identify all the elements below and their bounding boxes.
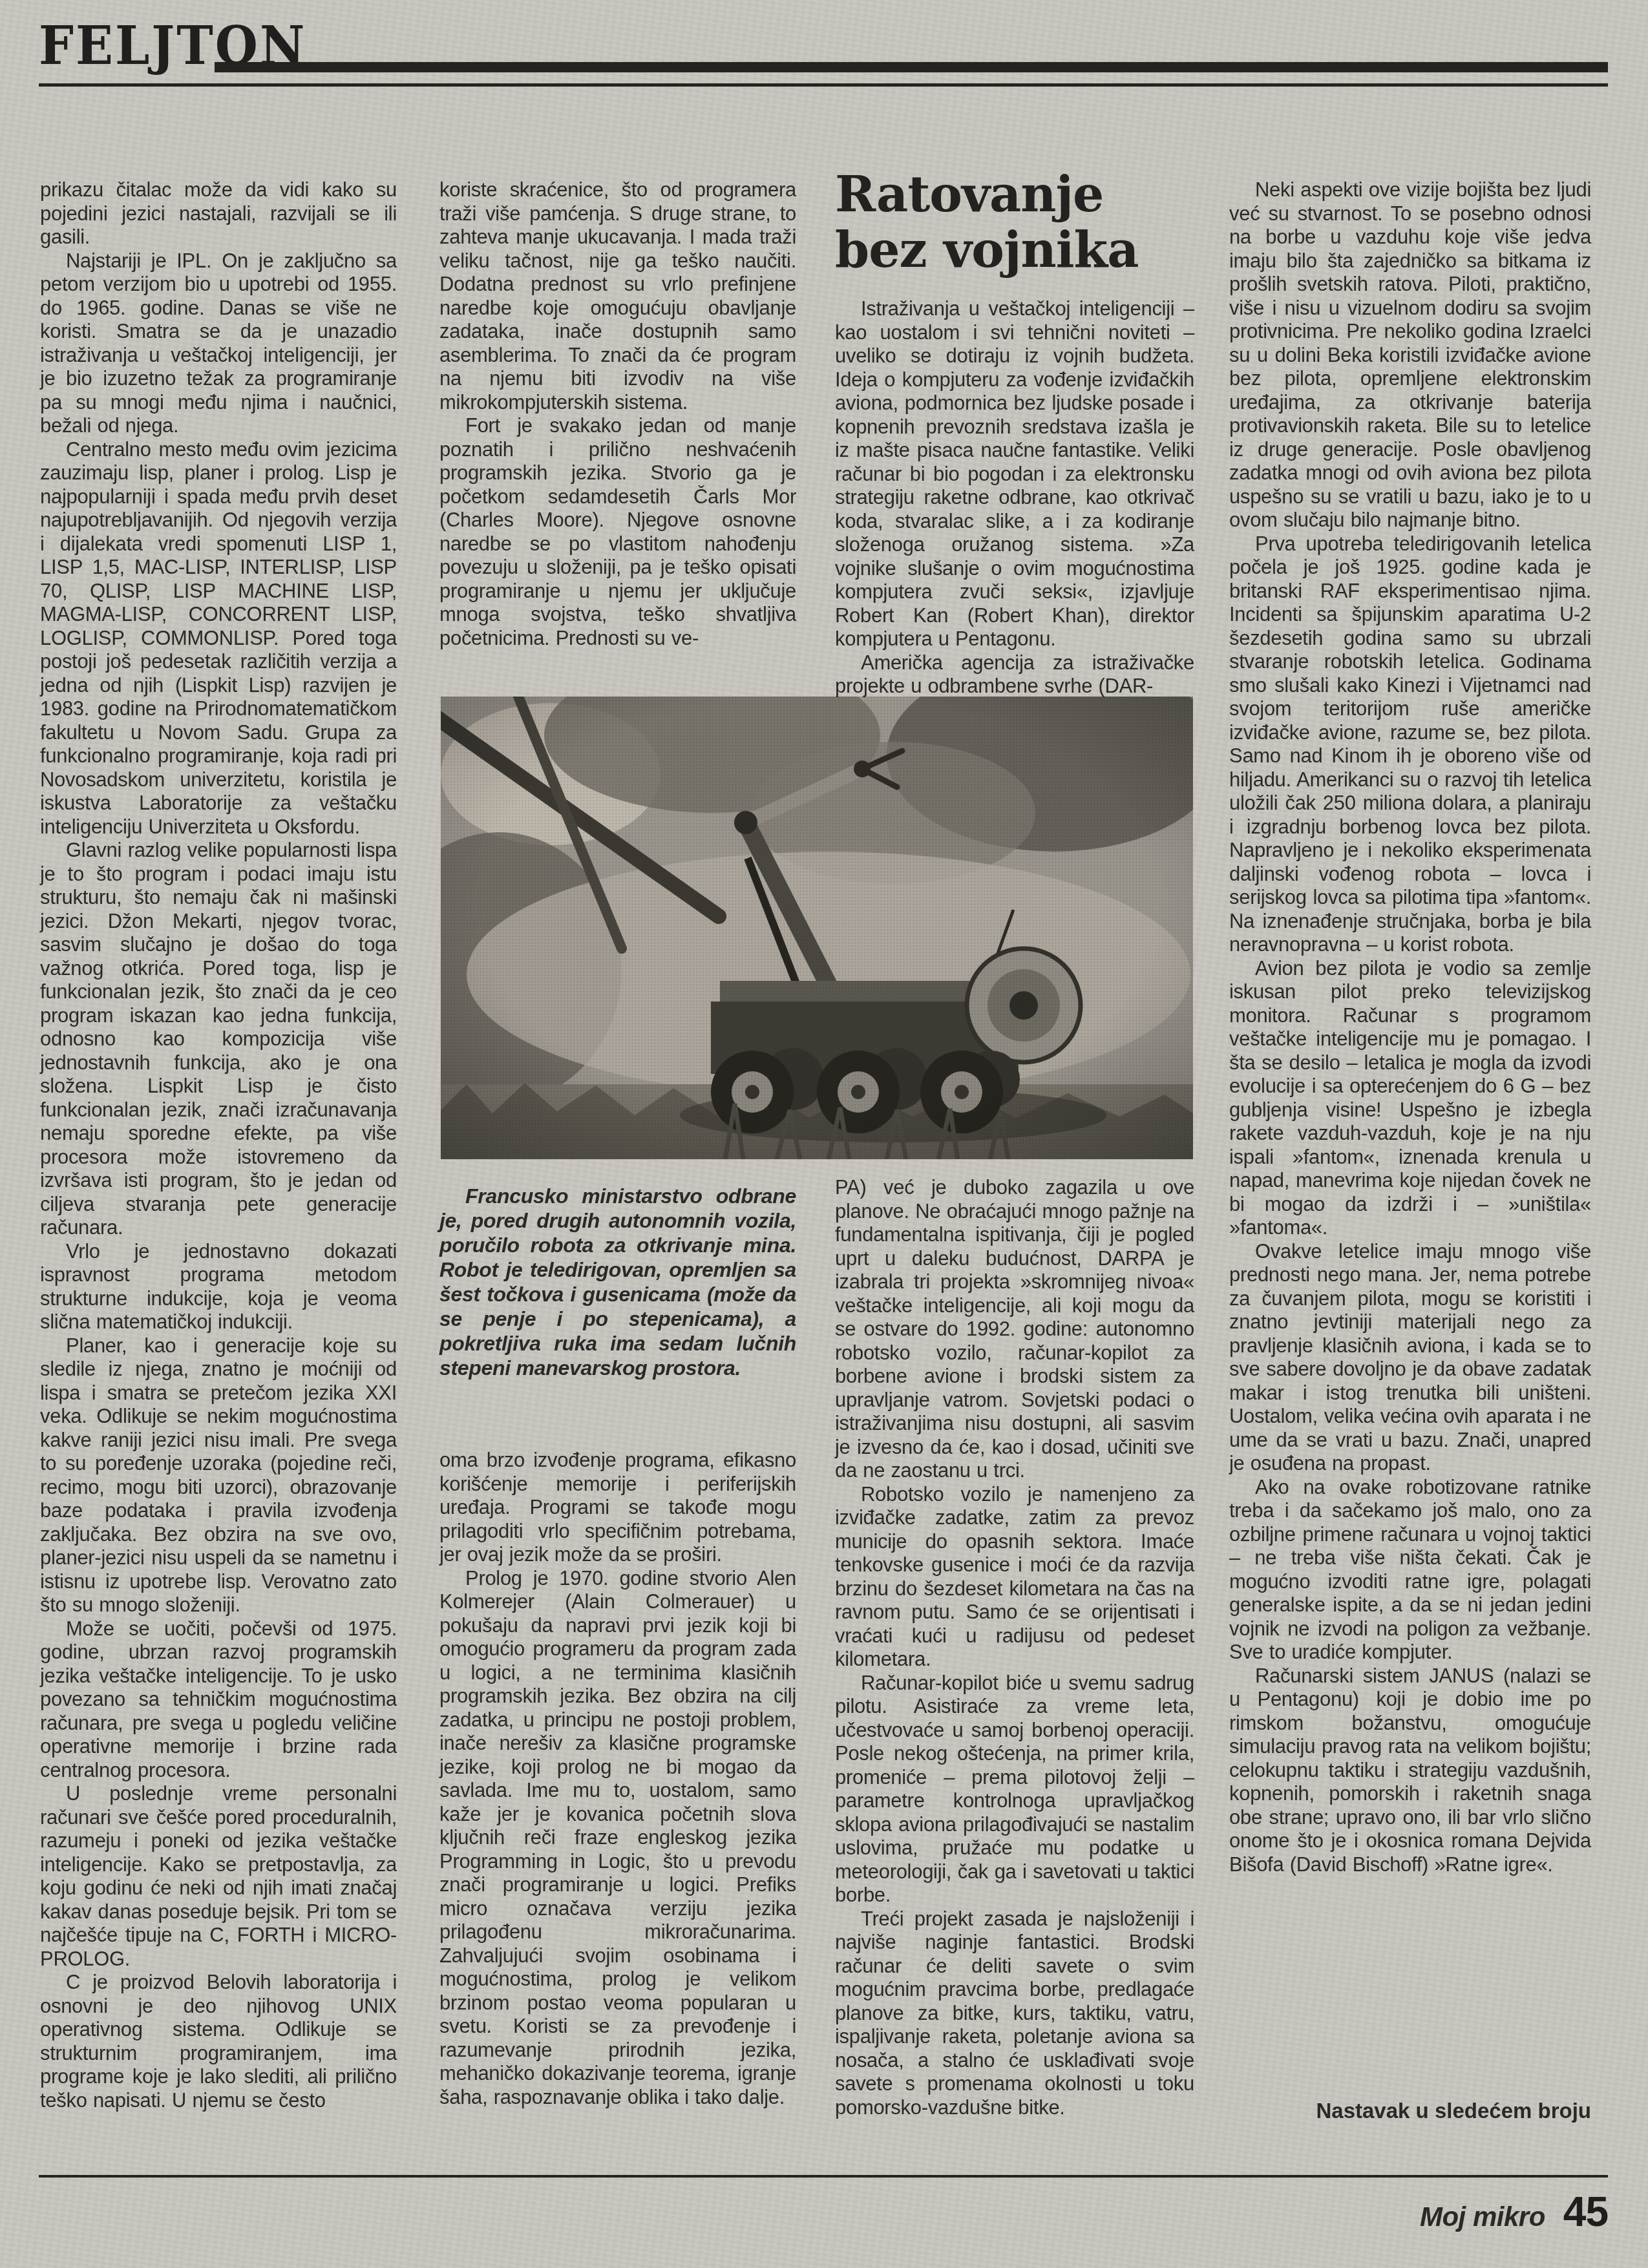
article-title-line2: bez vojnika bbox=[835, 220, 1139, 279]
page-number: 45 bbox=[1563, 2188, 1608, 2236]
article-title-line1: Ratovanje bbox=[835, 165, 1103, 224]
paragraph: Ako na ovake robotizovane ratnike treba … bbox=[1229, 1476, 1591, 1664]
paragraph: Prva upotreba teledirigovanih letelica p… bbox=[1229, 532, 1591, 957]
column-3-top: Ratovanje bez vojnika Istraživanja u veš… bbox=[835, 167, 1194, 698]
column-2-top: koriste skraćenice, što od programera tr… bbox=[439, 178, 796, 650]
footer-rule bbox=[39, 2175, 1608, 2178]
paragraph: Avion bez pilota je vodio sa zemlje isku… bbox=[1229, 957, 1591, 1240]
paragraph: Američka agencija za istraživačke projek… bbox=[835, 651, 1194, 698]
paragraph: Centralno mesto među ovim jezicima zauzi… bbox=[40, 438, 397, 839]
paragraph: oma brzo izvođenje programa, efikasno ko… bbox=[439, 1449, 796, 1567]
page-footer: Moj mikro 45 bbox=[1420, 2188, 1608, 2236]
column-2-bottom: oma brzo izvođenje programa, efikasno ko… bbox=[439, 1449, 796, 2109]
photo-caption-text: Francusko ministarstvo odbrane je, pored… bbox=[439, 1184, 796, 1380]
paragraph: Prolog je 1970. godine stvorio Alen Kolm… bbox=[439, 1567, 796, 2110]
paragraph: Neki aspekti ove vizije bojišta bez ljud… bbox=[1229, 178, 1591, 532]
column-1: prikazu čitalac može da vidi kako su poj… bbox=[40, 178, 397, 2112]
paragraph: Računarski sistem JANUS (nalazi se u Pen… bbox=[1229, 1664, 1591, 1877]
paragraph: Može se uočiti, počevši od 1975. godine,… bbox=[40, 1617, 397, 1783]
robot-photo-illustration bbox=[441, 697, 1193, 1159]
article-title: Ratovanje bez vojnika bbox=[835, 167, 1194, 277]
paragraph: Računar-kopilot biće u svemu sadrug pilo… bbox=[835, 1672, 1194, 1907]
robot-photo bbox=[441, 697, 1193, 1159]
paragraph: PA) već je duboko zagazila u ove planove… bbox=[835, 1176, 1194, 1483]
paragraph: C je proizvod Belovih laboratorija i osn… bbox=[40, 1971, 397, 2112]
header-rule-thick bbox=[215, 62, 1608, 72]
paragraph: Najstariji je IPL. On je zaključno sa pe… bbox=[40, 249, 397, 438]
paragraph: Treći projekt zasada je najsloženiji i n… bbox=[835, 1907, 1194, 2120]
paragraph: Robotsko vozilo je namenjeno za izviđačk… bbox=[835, 1483, 1194, 1672]
magazine-name: Moj mikro bbox=[1420, 2201, 1545, 2232]
paragraph: Glavni razlog velike popularnosti lispa … bbox=[40, 839, 397, 1240]
paragraph: prikazu čitalac može da vidi kako su poj… bbox=[40, 178, 397, 249]
paragraph: Ovakve letelice imaju mnogo više prednos… bbox=[1229, 1240, 1591, 1476]
continuation-note: Nastavak u sledećem broju bbox=[1229, 2099, 1591, 2123]
paragraph: U poslednje vreme personalni računari sv… bbox=[40, 1782, 397, 1971]
paragraph: Planer, kao i generacije koje su sledile… bbox=[40, 1334, 397, 1617]
paragraph: Istraživanja u veštačkoj inteligenciji –… bbox=[835, 297, 1194, 651]
header-rule-thin bbox=[39, 83, 1608, 87]
paragraph: Vrlo je jednostavno dokazati ispravnost … bbox=[40, 1240, 397, 1334]
paragraph: koriste skraćenice, što od programera tr… bbox=[439, 178, 796, 414]
column-4: Neki aspekti ove vizije bojišta bez ljud… bbox=[1229, 178, 1591, 1876]
paragraph: Fort je svakako jedan od manje poznatih … bbox=[439, 414, 796, 650]
photo-caption: Francusko ministarstvo odbrane je, pored… bbox=[439, 1184, 796, 1380]
column-3-bottom: PA) već je duboko zagazila u ove planove… bbox=[835, 1176, 1194, 2119]
magazine-page: FELJTON prikazu čitalac može da vidi kak… bbox=[0, 0, 1648, 2268]
